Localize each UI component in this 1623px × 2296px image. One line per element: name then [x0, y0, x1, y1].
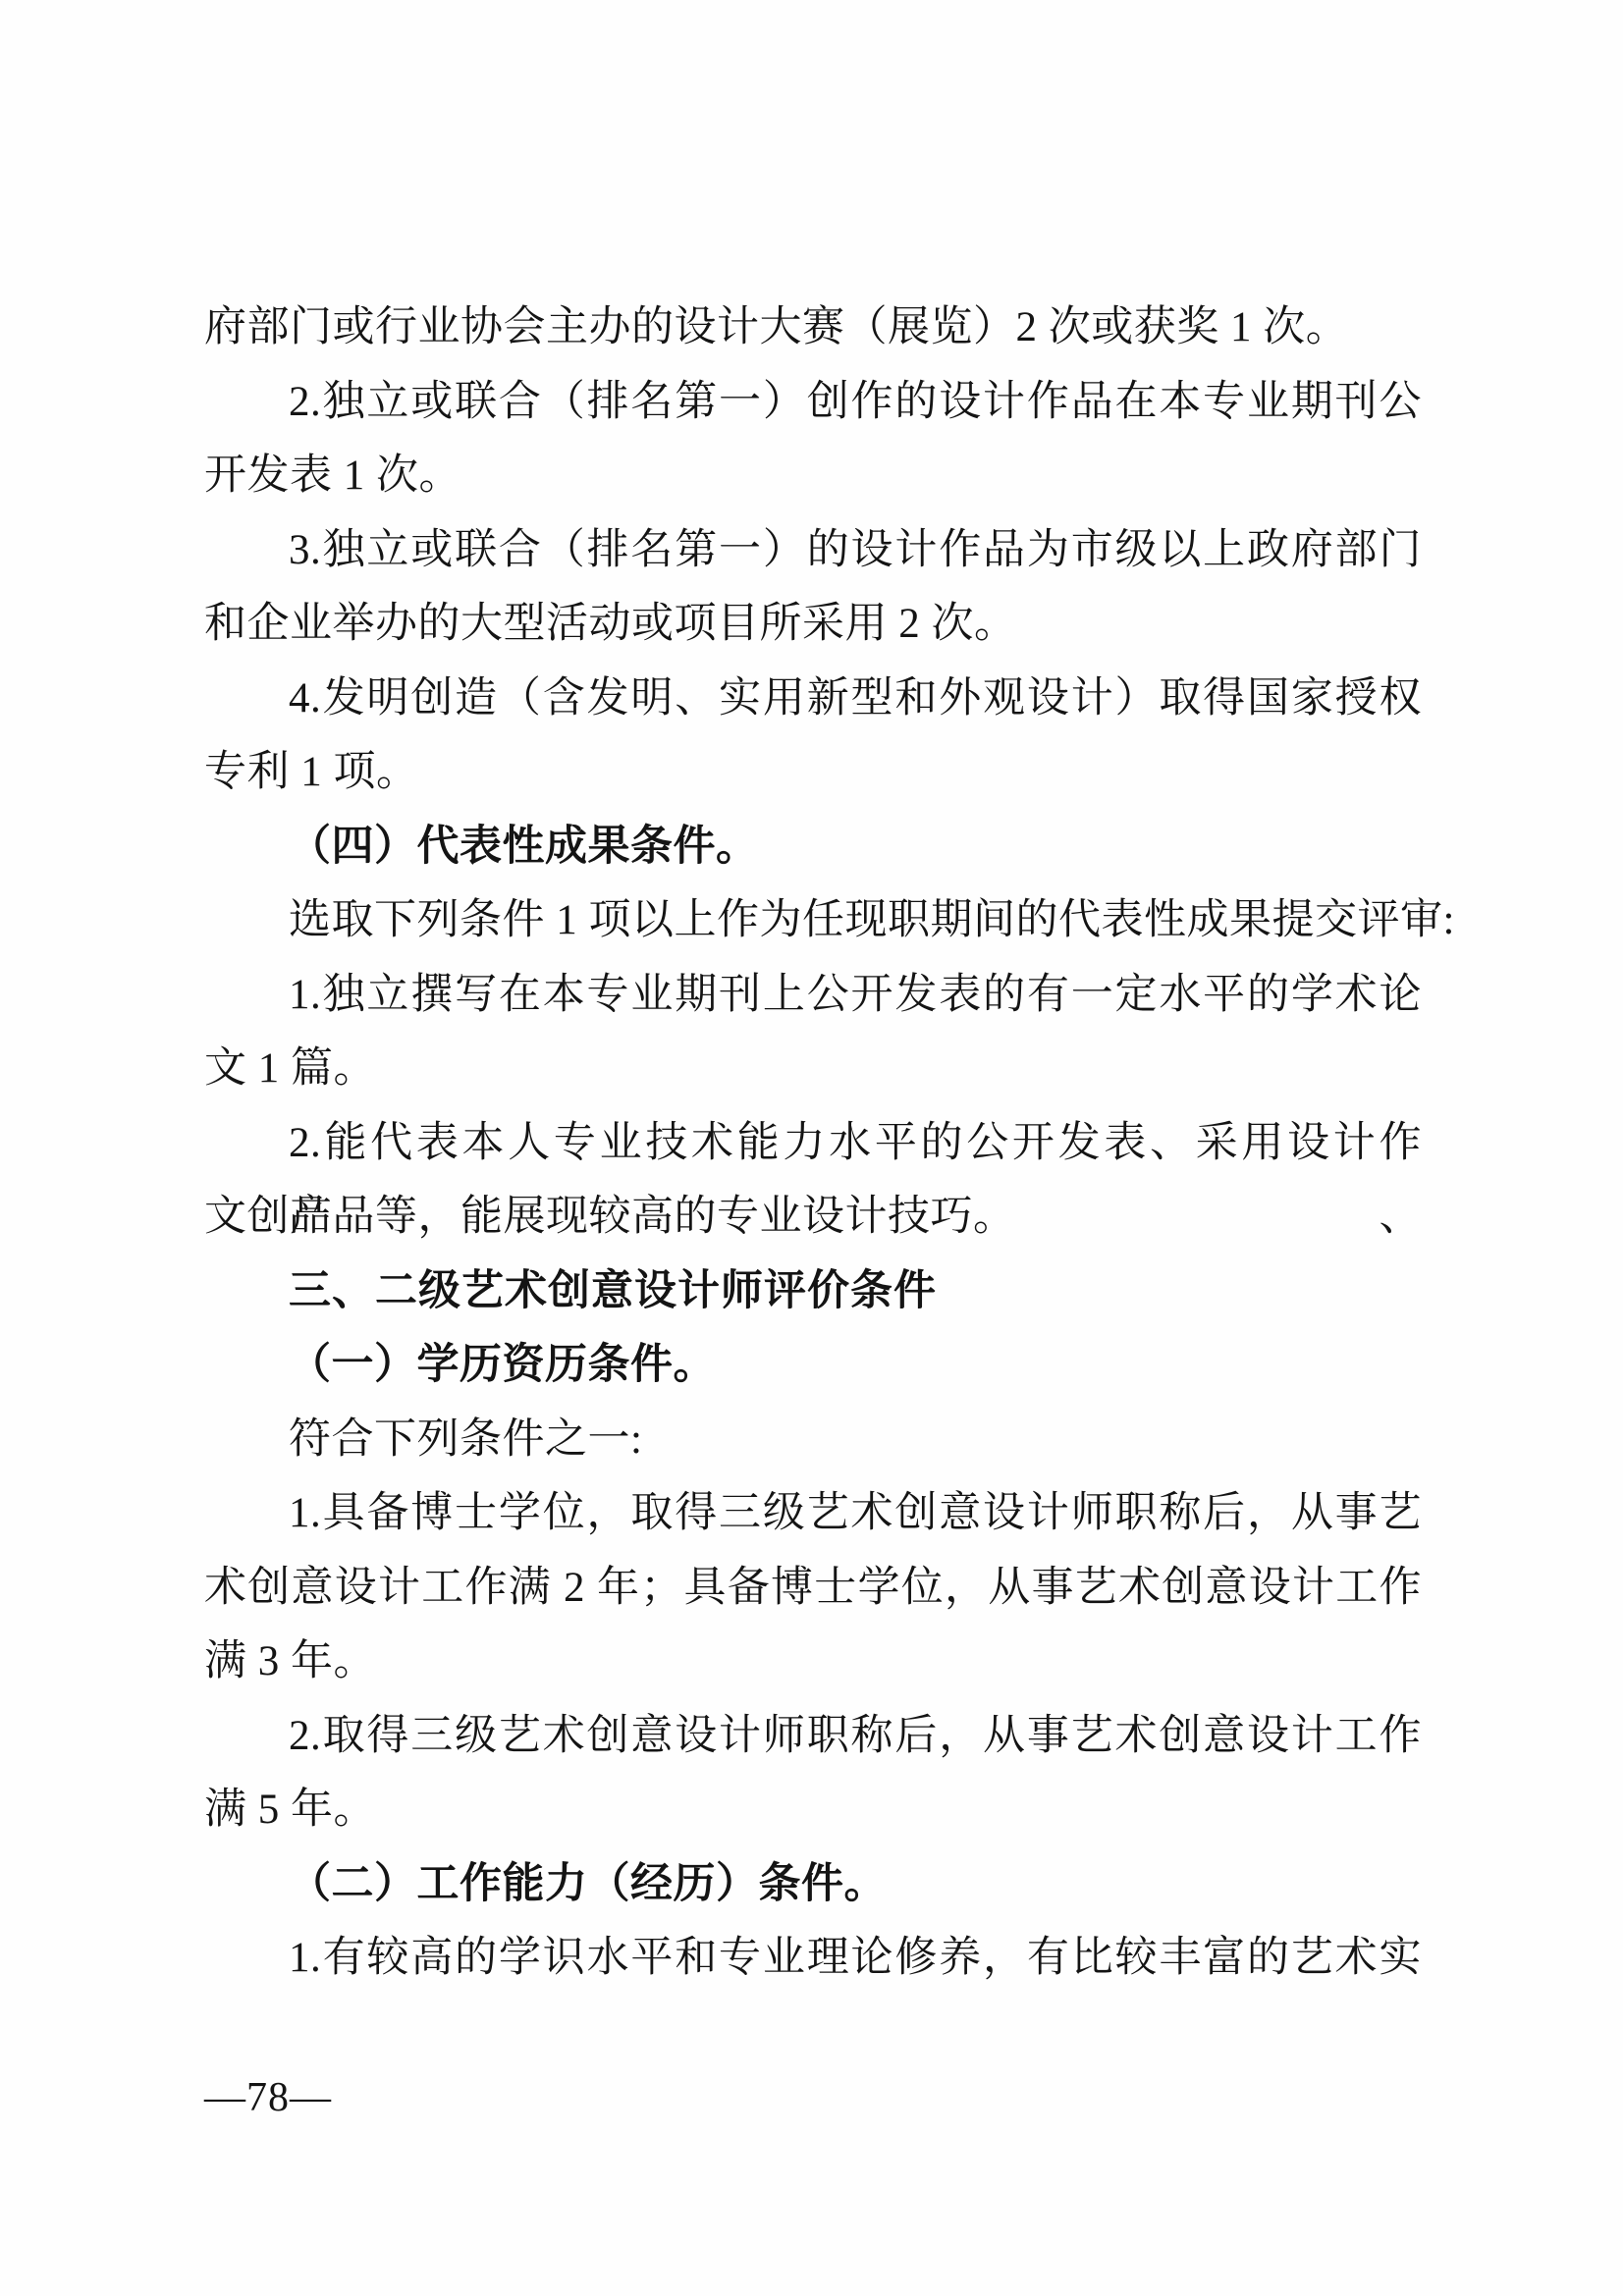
text-line: 4.发明创造（含发明、实用新型和外观设计）取得国家授权	[204, 662, 1422, 736]
text-line: 开发表 1 次。	[204, 439, 1422, 513]
text-line: 2.能代表本人专业技术能力水平的公开发表、采用设计作品、	[204, 1106, 1422, 1181]
text-line: 1.有较高的学识水平和专业理论修养，有比较丰富的艺术实	[204, 1921, 1422, 1996]
page-number: —78—	[204, 2065, 332, 2130]
text-line: 1.具备博士学位，取得三级艺术创意设计师职称后，从事艺	[204, 1476, 1422, 1551]
text-line: 专利 1 项。	[204, 735, 1422, 810]
text-line: 1.独立撰写在本专业期刊上公开发表的有一定水平的学术论	[204, 958, 1422, 1033]
heading-level2-designer: 三、二级艺术创意设计师评价条件	[204, 1255, 1422, 1329]
heading-work-ability: （二）工作能力（经历）条件。	[204, 1847, 1422, 1922]
text-line: 满 3 年。	[204, 1625, 1422, 1699]
text-line: 2.独立或联合（排名第一）创作的设计作品在本专业期刊公	[204, 365, 1422, 440]
text-line: 术创意设计工作满 2 年；具备博士学位，从事艺术创意设计工作	[204, 1551, 1422, 1626]
text-line: 府部门或行业协会主办的设计大赛（展览）2 次或获奖 1 次。	[204, 291, 1422, 365]
text-line: 选取下列条件 1 项以上作为任现职期间的代表性成果提交评审:	[204, 883, 1422, 958]
heading-education-conditions: （一）学历资历条件。	[204, 1328, 1422, 1403]
text-line: 3.独立或联合（排名第一）的设计作品为市级以上政府部门	[204, 513, 1422, 588]
text-line: 满 5 年。	[204, 1773, 1422, 1847]
text-line: 符合下列条件之一:	[204, 1403, 1422, 1477]
text-line: 和企业举办的大型活动或项目所采用 2 次。	[204, 587, 1422, 662]
text-line: 文 1 篇。	[204, 1032, 1422, 1106]
document-body: 府部门或行业协会主办的设计大赛（展览）2 次或获奖 1 次。 2.独立或联合（排…	[204, 291, 1422, 1996]
document-page: 府部门或行业协会主办的设计大赛（展览）2 次或获奖 1 次。 2.独立或联合（排…	[0, 0, 1623, 2296]
text-line: 2.取得三级艺术创意设计师职称后，从事艺术创意设计工作	[204, 1699, 1422, 1774]
heading-representative-achievements: （四）代表性成果条件。	[204, 810, 1422, 884]
